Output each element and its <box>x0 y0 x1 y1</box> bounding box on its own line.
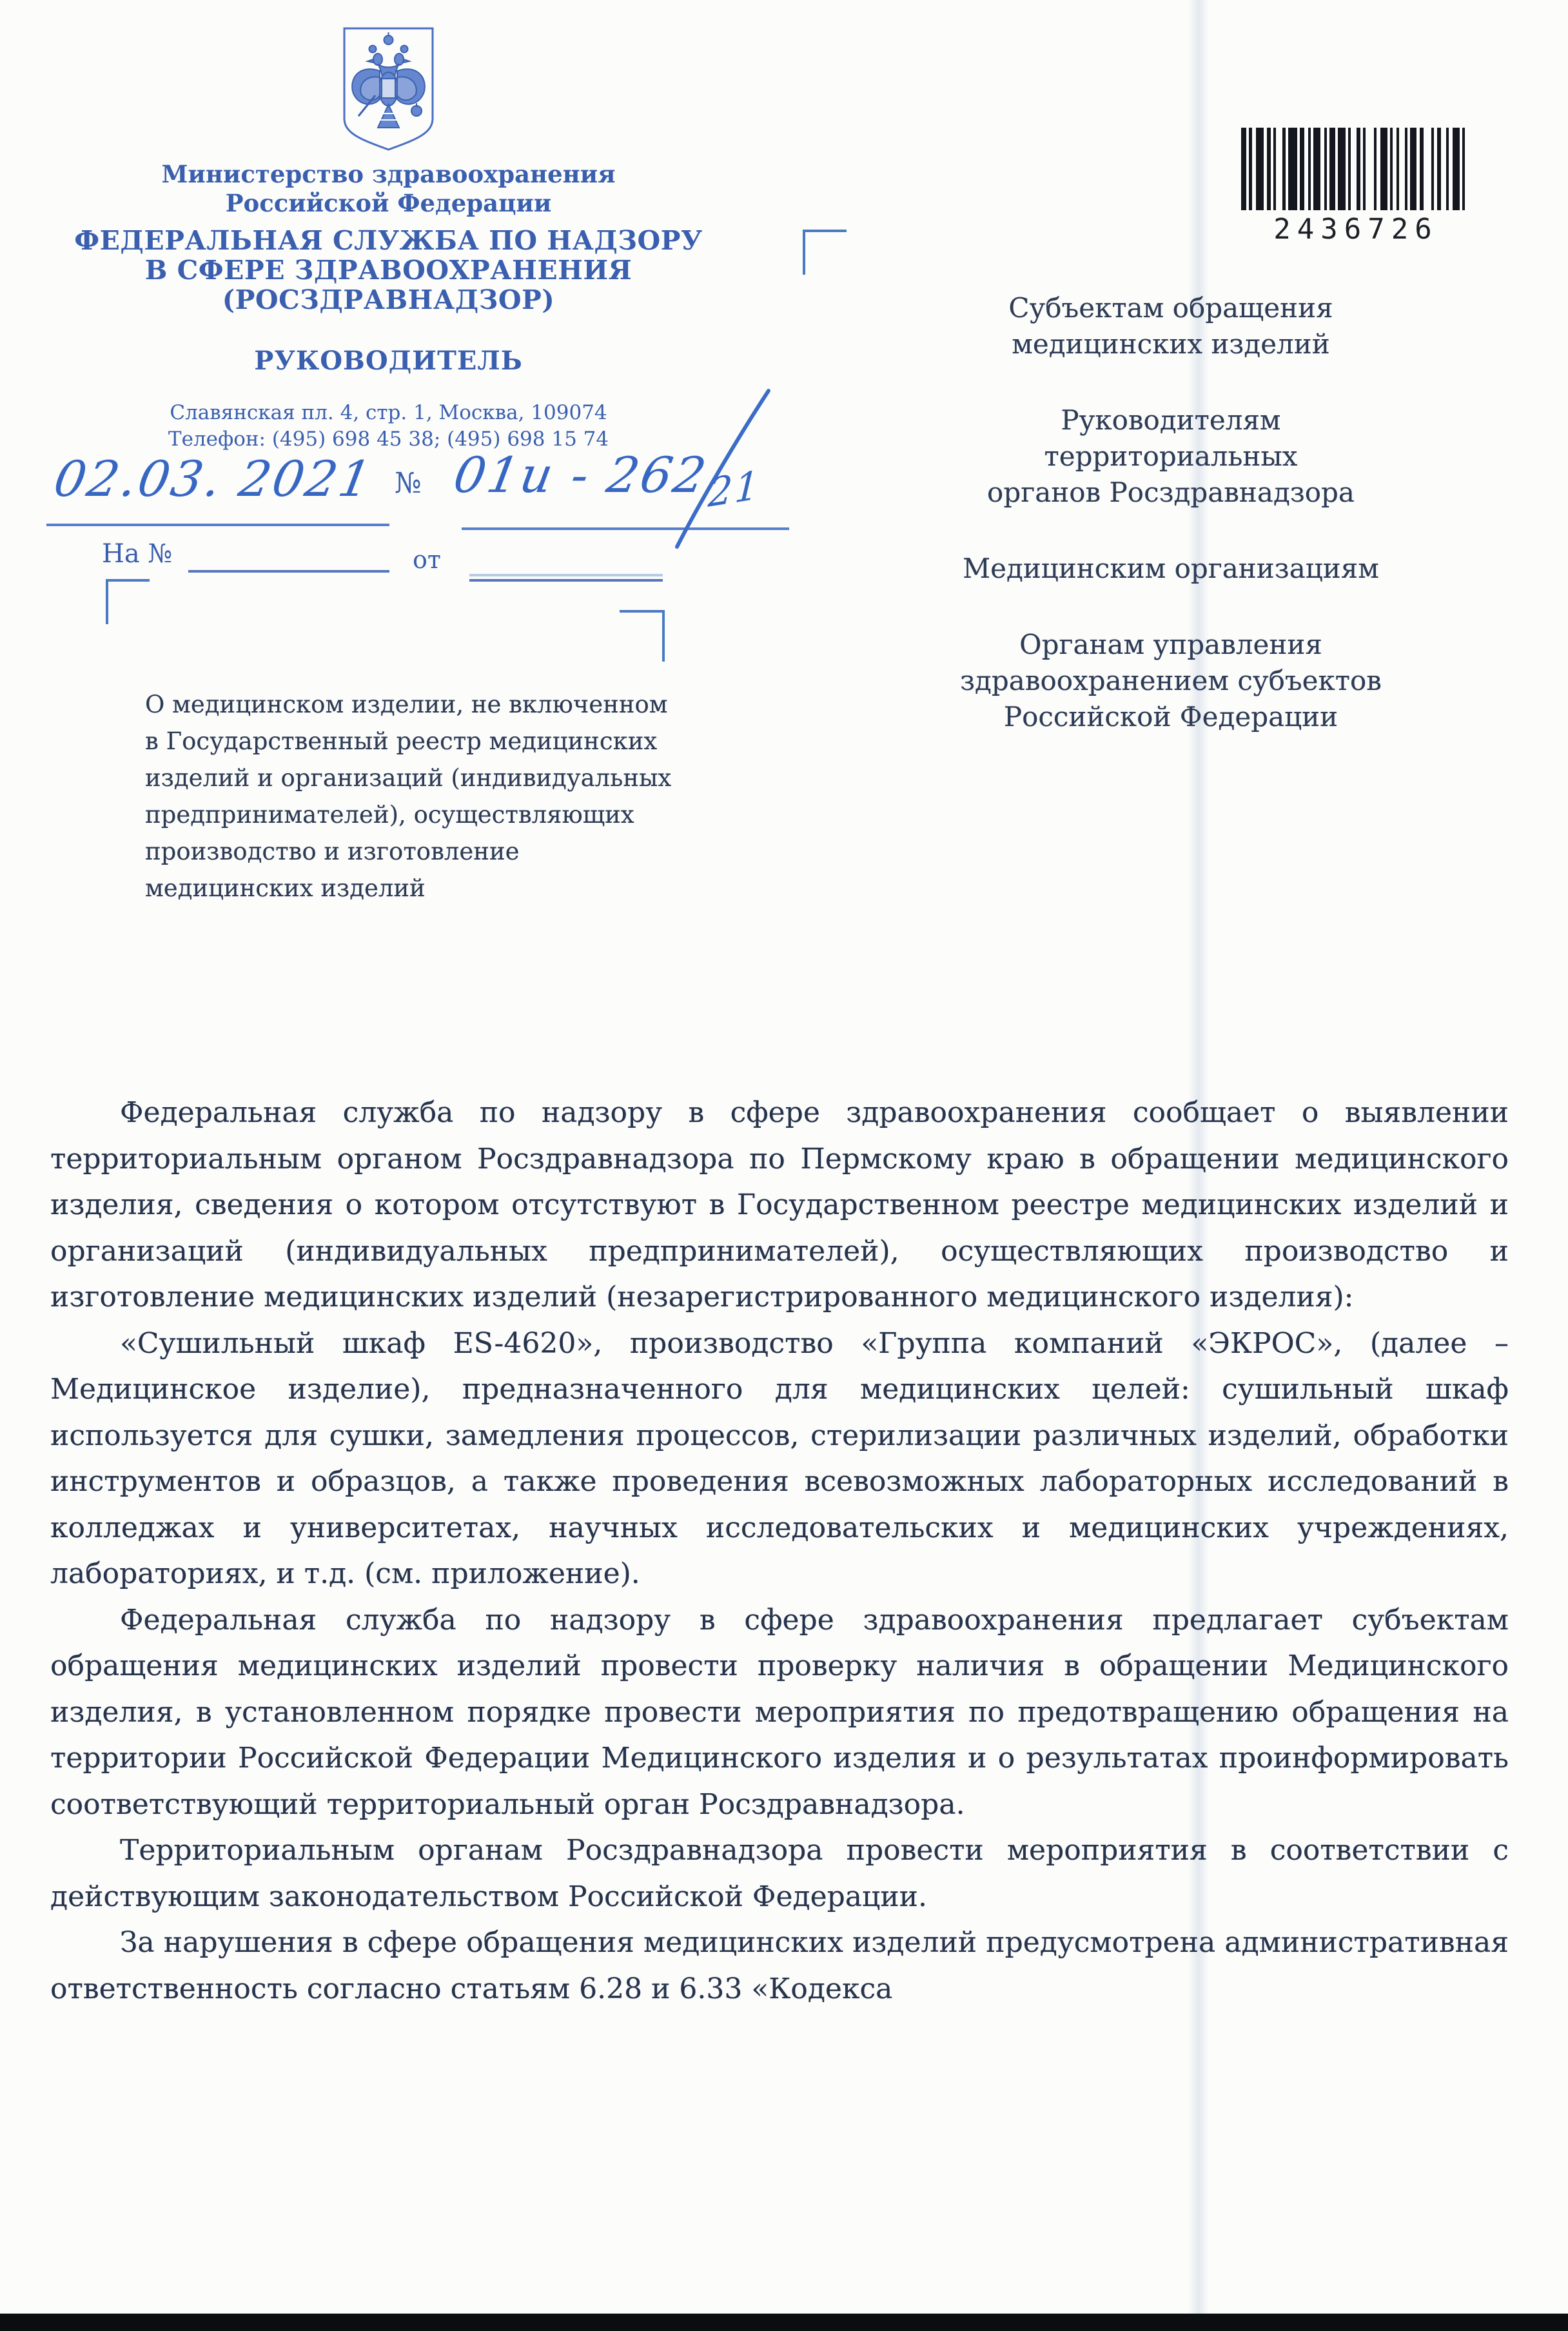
corner-mark-recipient-zone <box>803 230 847 275</box>
recipient-subjects: Субъектам обращения медицинских изделий <box>828 290 1513 362</box>
address-line: Славянская пл. 4, стр. 1, Москва, 109074 <box>48 400 729 426</box>
barcode-number: 2436726 <box>1241 213 1471 246</box>
recipient-health-authorities: Органам управления здравоохранением субъ… <box>828 627 1513 735</box>
letter-body: Федеральная служба по надзору в сфере зд… <box>50 1090 1509 2012</box>
ministry-name: Министерство здравоохранения Российской … <box>48 160 729 218</box>
recipient-territorial-heads: Руководителям территориальных органов Ро… <box>828 402 1513 511</box>
service-name: ФЕДЕРАЛЬНАЯ СЛУЖБА ПО НАДЗОРУ В СФЕРЕ ЗД… <box>48 226 729 315</box>
address-block: Славянская пл. 4, стр. 1, Москва, 109074… <box>48 400 729 453</box>
recipients-block: Субъектам обращения медицинских изделий … <box>828 290 1513 775</box>
letter-subject: О медицинском изделии, не включенном в Г… <box>145 686 777 907</box>
recipient-medical-organizations: Медицинским организациям <box>828 551 1513 587</box>
handwritten-slash-stroke <box>658 374 799 567</box>
date-underline <box>46 524 389 526</box>
position-title: РУКОВОДИТЕЛЬ <box>48 346 729 376</box>
reply-number-blank-line <box>188 570 389 573</box>
body-paragraph: «Сушильный шкаф ES-4620», производство «… <box>50 1321 1509 1597</box>
body-paragraph: Федеральная служба по надзору в сфере зд… <box>50 1090 1509 1321</box>
scan-edge-artifact <box>0 2314 1568 2331</box>
number-sign-label: № <box>395 467 422 500</box>
corner-mark-right <box>620 610 665 662</box>
coat-of-arms-russia-icon <box>335 23 442 153</box>
reply-date-blank-line <box>469 579 663 582</box>
handwritten-date: 02.03. 2021 <box>50 450 377 507</box>
reply-to-label: На № <box>102 539 172 569</box>
body-paragraph: Территориальным органам Росздравнадзора … <box>50 1827 1509 1920</box>
barcode-bars <box>1241 128 1471 210</box>
ministry-name-line2: Российской Федерации <box>48 189 729 218</box>
corner-mark-left <box>106 579 150 624</box>
body-paragraph: Федеральная служба по надзору в сфере зд… <box>50 1597 1509 1828</box>
scanned-letter-page: Министерство здравоохранения Российской … <box>0 0 1568 2331</box>
barcode: 2436726 <box>1241 128 1471 242</box>
body-paragraph: За нарушения в сфере обращения медицинск… <box>50 1920 1509 2012</box>
ministry-name-line1: Министерство здравоохранения <box>48 160 729 189</box>
reply-from-label: от <box>413 546 441 574</box>
